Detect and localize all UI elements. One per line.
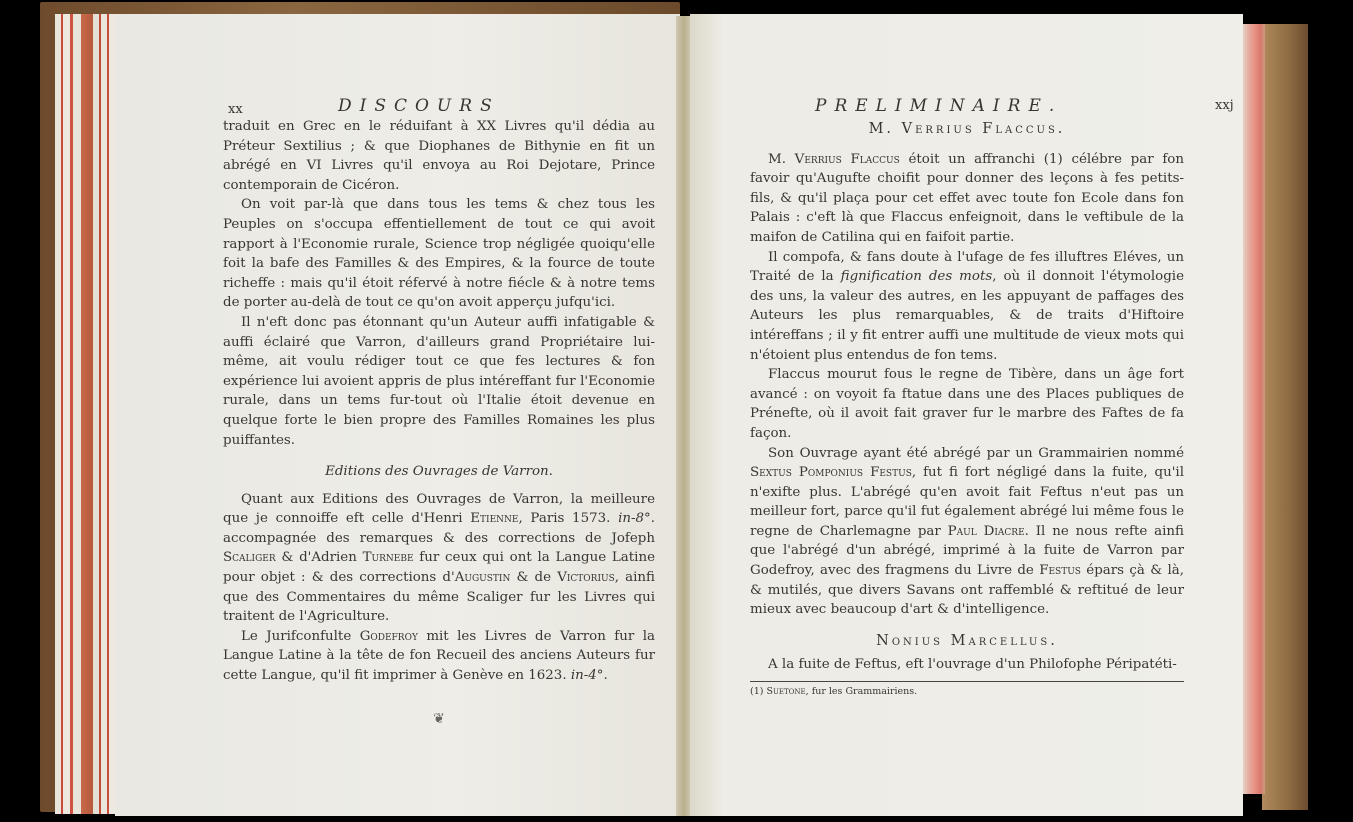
section-subheading: Editions des Ouvrages de Varron.: [223, 462, 655, 482]
page-edges-right: [1243, 24, 1265, 794]
author-name: Scaliger: [223, 550, 276, 565]
text-run: & de: [510, 570, 557, 585]
footnote-text: , fur les Grammairiens.: [806, 686, 918, 697]
paragraph: Flaccus mourut fous le regne de Tibère, …: [750, 365, 1184, 443]
author-name: M. Verrius Flaccus: [768, 152, 900, 167]
author-name: Paul Diacre: [948, 524, 1025, 539]
paragraph: Quant aux Editions des Ouvrages de Varro…: [223, 490, 655, 627]
author-name: Victorius: [557, 570, 615, 585]
author-name: Suetone: [766, 686, 805, 697]
right-running-head: PRELIMINAIRE. xxj: [815, 96, 1235, 116]
text-run: Flaccus mourut fous le regne de Tibère, …: [750, 367, 1184, 441]
footnote-rule: [750, 681, 1184, 682]
paragraph: Il compofa, & fans doute à l'ufage de fe…: [750, 248, 1184, 366]
section-heading: M. Verrius Flaccus.: [750, 120, 1184, 140]
left-page-number: xx: [228, 102, 243, 117]
paragraph: A la fuite de Feftus, eft l'ouvrage d'un…: [750, 655, 1184, 675]
format-note: in-4°: [571, 668, 604, 683]
paragraph: M. Verrius Flaccus étoit un affranchi (1…: [750, 150, 1184, 248]
paragraph: Le Jurifconfulte Godefroy mit les Livres…: [223, 627, 655, 686]
text-run: , Paris 1573.: [518, 511, 618, 526]
left-page-body: traduit en Grec en le réduifant à XX Liv…: [223, 117, 655, 729]
right-page-body: M. Verrius Flaccus. M. Verrius Flaccus é…: [750, 118, 1184, 699]
text-run: Son Ouvrage ayant été abrégé par un Gram…: [768, 446, 1184, 461]
author-name: Turnebe: [363, 550, 414, 565]
author-name: Festus: [1039, 563, 1081, 578]
paragraph: traduit en Grec en le réduifant à XX Liv…: [223, 117, 655, 195]
text-run: .: [604, 668, 608, 683]
paragraph: Il n'eft donc pas étonnant qu'un Auteur …: [223, 313, 655, 450]
book-cover-right: [1262, 24, 1308, 810]
right-page-title: PRELIMINAIRE.: [815, 96, 1062, 116]
right-page-number: xxj: [1215, 98, 1234, 113]
left-running-head: xx DISCOURS: [228, 99, 638, 117]
footnote-marker: (1): [750, 686, 766, 697]
author-name: Augustin: [455, 570, 511, 585]
section-heading: Nonius Marcellus.: [750, 632, 1184, 652]
text-run: Le Jurifconfulte: [241, 629, 360, 644]
format-note: in-8°: [618, 511, 651, 526]
left-page: xx DISCOURS traduit en Grec en le réduif…: [115, 14, 680, 816]
author-name: Etienne: [470, 511, 518, 526]
work-title: fignification des mots: [841, 269, 993, 284]
author-name: Godefroy: [360, 629, 418, 644]
text-run: & d'Adrien: [276, 550, 363, 565]
right-page: PRELIMINAIRE. xxj M. Verrius Flaccus. M.…: [690, 14, 1243, 816]
paragraph: On voit par-là que dans tous les tems & …: [223, 195, 655, 313]
footnote: (1) Suetone, fur les Grammairiens.: [750, 685, 1184, 699]
left-page-title: DISCOURS: [338, 96, 500, 116]
page-edges-left: [55, 14, 117, 814]
paragraph: Son Ouvrage ayant été abrégé par un Gram…: [750, 444, 1184, 620]
author-name: Sextus Pomponius Festus: [750, 465, 912, 480]
fleuron-ornament-icon: ❦: [223, 710, 655, 730]
